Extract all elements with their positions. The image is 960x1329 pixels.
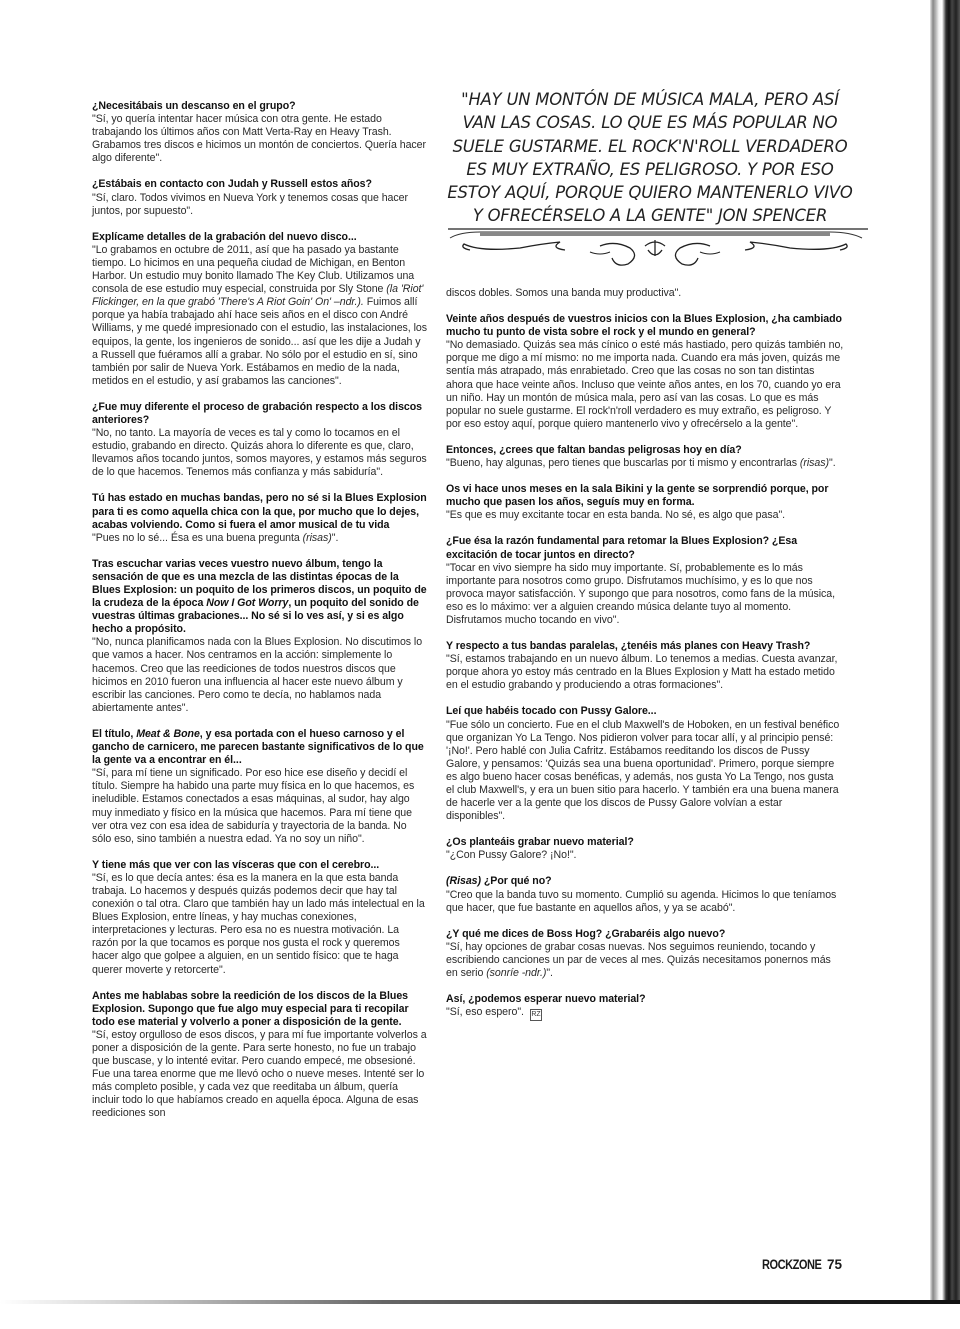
answer: "No demasiado. Quizás sea más cínico o e… (446, 339, 844, 431)
answer: "Creo que la banda tuvo su momento. Cump… (446, 889, 844, 915)
qa-block: Leí que habéis tocado con Pussy Galore..… (446, 705, 844, 823)
question: (Risas) ¿Por qué no? (446, 875, 844, 888)
answer-text: "Lo grabamos en octubre de 2011, así que… (92, 244, 414, 295)
question-text: El título, (92, 728, 136, 740)
answer-text: ". (332, 532, 339, 544)
question: ¿Fue ésa la razón fundamental para retom… (446, 535, 844, 561)
answer: "No, no tanto. La mayoría de veces es ta… (92, 427, 427, 479)
pull-quote-line: ES MUY EXTRAÑO, ES PELIGROSO. Y POR ESO (440, 158, 860, 181)
end-of-article-icon: RZ (530, 1009, 542, 1021)
qa-block: Y respecto a tus bandas paralelas, ¿tené… (446, 640, 844, 692)
question: Antes me hablabas sobre la reedición de … (92, 990, 427, 1029)
pull-quote-line: ESTOY AQUÍ, PORQUE QUIERO MANTENERLO VIV… (440, 181, 860, 204)
question: Entonces, ¿crees que faltan bandas pelig… (446, 444, 844, 457)
page-footer: ROCKZONE75 (749, 1257, 842, 1272)
question: ¿Y qué me dices de Boss Hog? ¿Grabaréis … (446, 928, 844, 941)
answer: "Sí, yo quería intentar hacer música con… (92, 113, 427, 165)
laughter-note: (Risas) (446, 875, 481, 887)
album-title: Now I Got Worry (206, 597, 288, 609)
qa-block: Entonces, ¿crees que faltan bandas pelig… (446, 444, 844, 470)
question: Y tiene más que ver con las vísceras que… (92, 859, 427, 872)
question: Así, ¿podemos esperar nuevo material? (446, 993, 844, 1006)
question: Explícame detalles de la grabación del n… (92, 231, 427, 244)
question: Veinte años después de vuestros inicios … (446, 313, 844, 339)
answer: "Sí, eso espero".RZ (446, 1006, 844, 1021)
pull-quote-line: SUELE GUSTARME. EL ROCK'N'ROLL VERDADERO (440, 135, 860, 158)
pull-quote-line: Y OFRECÉRSELO A LA GENTE" JON SPENCER (440, 204, 860, 227)
answer: "Pues no lo sé... Ésa es una buena pregu… (92, 532, 427, 545)
pull-quote-line: "HAY UN MONTÓN DE MÚSICA MALA, PERO ASÍ (440, 88, 860, 111)
answer: "No, nunca planificamos nada con la Blue… (92, 636, 427, 715)
qa-block-continued: discos dobles. Somos una banda muy produ… (446, 287, 844, 300)
answer-text: ". (546, 967, 553, 979)
answer: "Lo grabamos en octubre de 2011, así que… (92, 244, 427, 388)
qa-block: (Risas) ¿Por qué no? "Creo que la banda … (446, 875, 844, 914)
answer-text: ". (829, 457, 836, 469)
qa-block: ¿Necesitábais un descanso en el grupo? "… (92, 100, 427, 165)
right-column: discos dobles. Somos una banda muy produ… (446, 287, 844, 1034)
answer: "Sí, estamos trabajando en un nuevo álbu… (446, 653, 844, 692)
qa-block: Os vi hace unos meses en la sala Bikini … (446, 483, 844, 522)
editor-note: (sonríe -ndr.) (486, 967, 546, 979)
qa-block: ¿Os planteáis grabar nuevo material? "¿C… (446, 836, 844, 862)
answer-text: "Sí, eso espero". (446, 1006, 524, 1018)
qa-block: Explícame detalles de la grabación del n… (92, 231, 427, 388)
album-title: Meat & Bone (136, 728, 200, 740)
qa-block: Antes me hablabas sobre la reedición de … (92, 990, 427, 1121)
answer-text: Fuimos allí porque ya había trabajado ah… (92, 296, 427, 387)
answer: "Fue sólo un concierto. Fue en el club M… (446, 719, 844, 824)
pull-quote-line: VAN LAS COSAS. LO QUE ES MÁS POPULAR NO (440, 111, 860, 134)
pull-quote: "HAY UN MONTÓN DE MÚSICA MALA, PERO ASÍ … (440, 88, 860, 228)
qa-block: Tras escuchar varias veces vuestro nuevo… (92, 558, 427, 715)
qa-block: ¿Fue ésa la razón fundamental para retom… (446, 535, 844, 627)
laughter-note: (risas) (303, 532, 332, 544)
answer: "Sí, claro. Todos vivimos en Nueva York … (92, 192, 427, 218)
qa-block: El título, Meat & Bone, y esa portada co… (92, 728, 427, 846)
qa-block: Tú has estado en muchas bandas, pero no … (92, 492, 427, 544)
qa-block: ¿Fue muy diferente el proceso de grabaci… (92, 401, 427, 480)
magazine-brand: ROCKZONE (762, 1257, 821, 1272)
answer: "Sí, estoy orgulloso de esos discos, y p… (92, 1029, 427, 1121)
question: Tras escuchar varias veces vuestro nuevo… (92, 558, 427, 637)
answer: "Tocar en vivo siempre ha sido muy impor… (446, 562, 844, 627)
question: ¿Necesitábais un descanso en el grupo? (92, 100, 427, 113)
question: ¿Os planteáis grabar nuevo material? (446, 836, 844, 849)
answer-text: "Bueno, hay algunas, pero tienes que bus… (446, 457, 800, 469)
question: ¿Estábais en contacto con Judah y Russel… (92, 178, 427, 191)
qa-block: Y tiene más que ver con las vísceras que… (92, 859, 427, 977)
left-column: ¿Necesitábais un descanso en el grupo? "… (92, 100, 427, 1134)
question: Y respecto a tus bandas paralelas, ¿tené… (446, 640, 844, 653)
qa-block: ¿Y qué me dices de Boss Hog? ¿Grabaréis … (446, 928, 844, 980)
page-number: 75 (827, 1257, 842, 1272)
answer: "Sí, para mí tiene un significado. Por e… (92, 767, 427, 846)
answer: "Es que es muy excitante tocar en esta b… (446, 509, 844, 522)
qa-block: ¿Estábais en contacto con Judah y Russel… (92, 178, 427, 217)
answer: "¿Con Pussy Galore? ¡No!". (446, 849, 844, 862)
question-text: ¿Por qué no? (481, 875, 552, 887)
qa-block: Veinte años después de vuestros inicios … (446, 313, 844, 431)
question: Leí que habéis tocado con Pussy Galore..… (446, 705, 844, 718)
answer: "Sí, es lo que decía antes: ésa es la ma… (92, 872, 427, 977)
question: El título, Meat & Bone, y esa portada co… (92, 728, 427, 767)
answer-text: "Pues no lo sé... Ésa es una buena pregu… (92, 532, 303, 544)
question: ¿Fue muy diferente el proceso de grabaci… (92, 401, 427, 427)
qa-block: Así, ¿podemos esperar nuevo material? "S… (446, 993, 844, 1021)
answer: "Bueno, hay algunas, pero tienes que bus… (446, 457, 844, 470)
answer: "Sí, hay opciones de grabar cosas nuevas… (446, 941, 844, 980)
ornamental-divider-icon (440, 226, 870, 276)
magazine-page: ¿Necesitábais un descanso en el grupo? "… (0, 0, 960, 1329)
question: Os vi hace unos meses en la sala Bikini … (446, 483, 844, 509)
page-spine-scan-edge (930, 0, 960, 1300)
laughter-note: (risas) (800, 457, 829, 469)
page-bottom-scan-edge (0, 1300, 960, 1304)
question: Tú has estado en muchas bandas, pero no … (92, 492, 427, 531)
answer: discos dobles. Somos una banda muy produ… (446, 287, 844, 300)
